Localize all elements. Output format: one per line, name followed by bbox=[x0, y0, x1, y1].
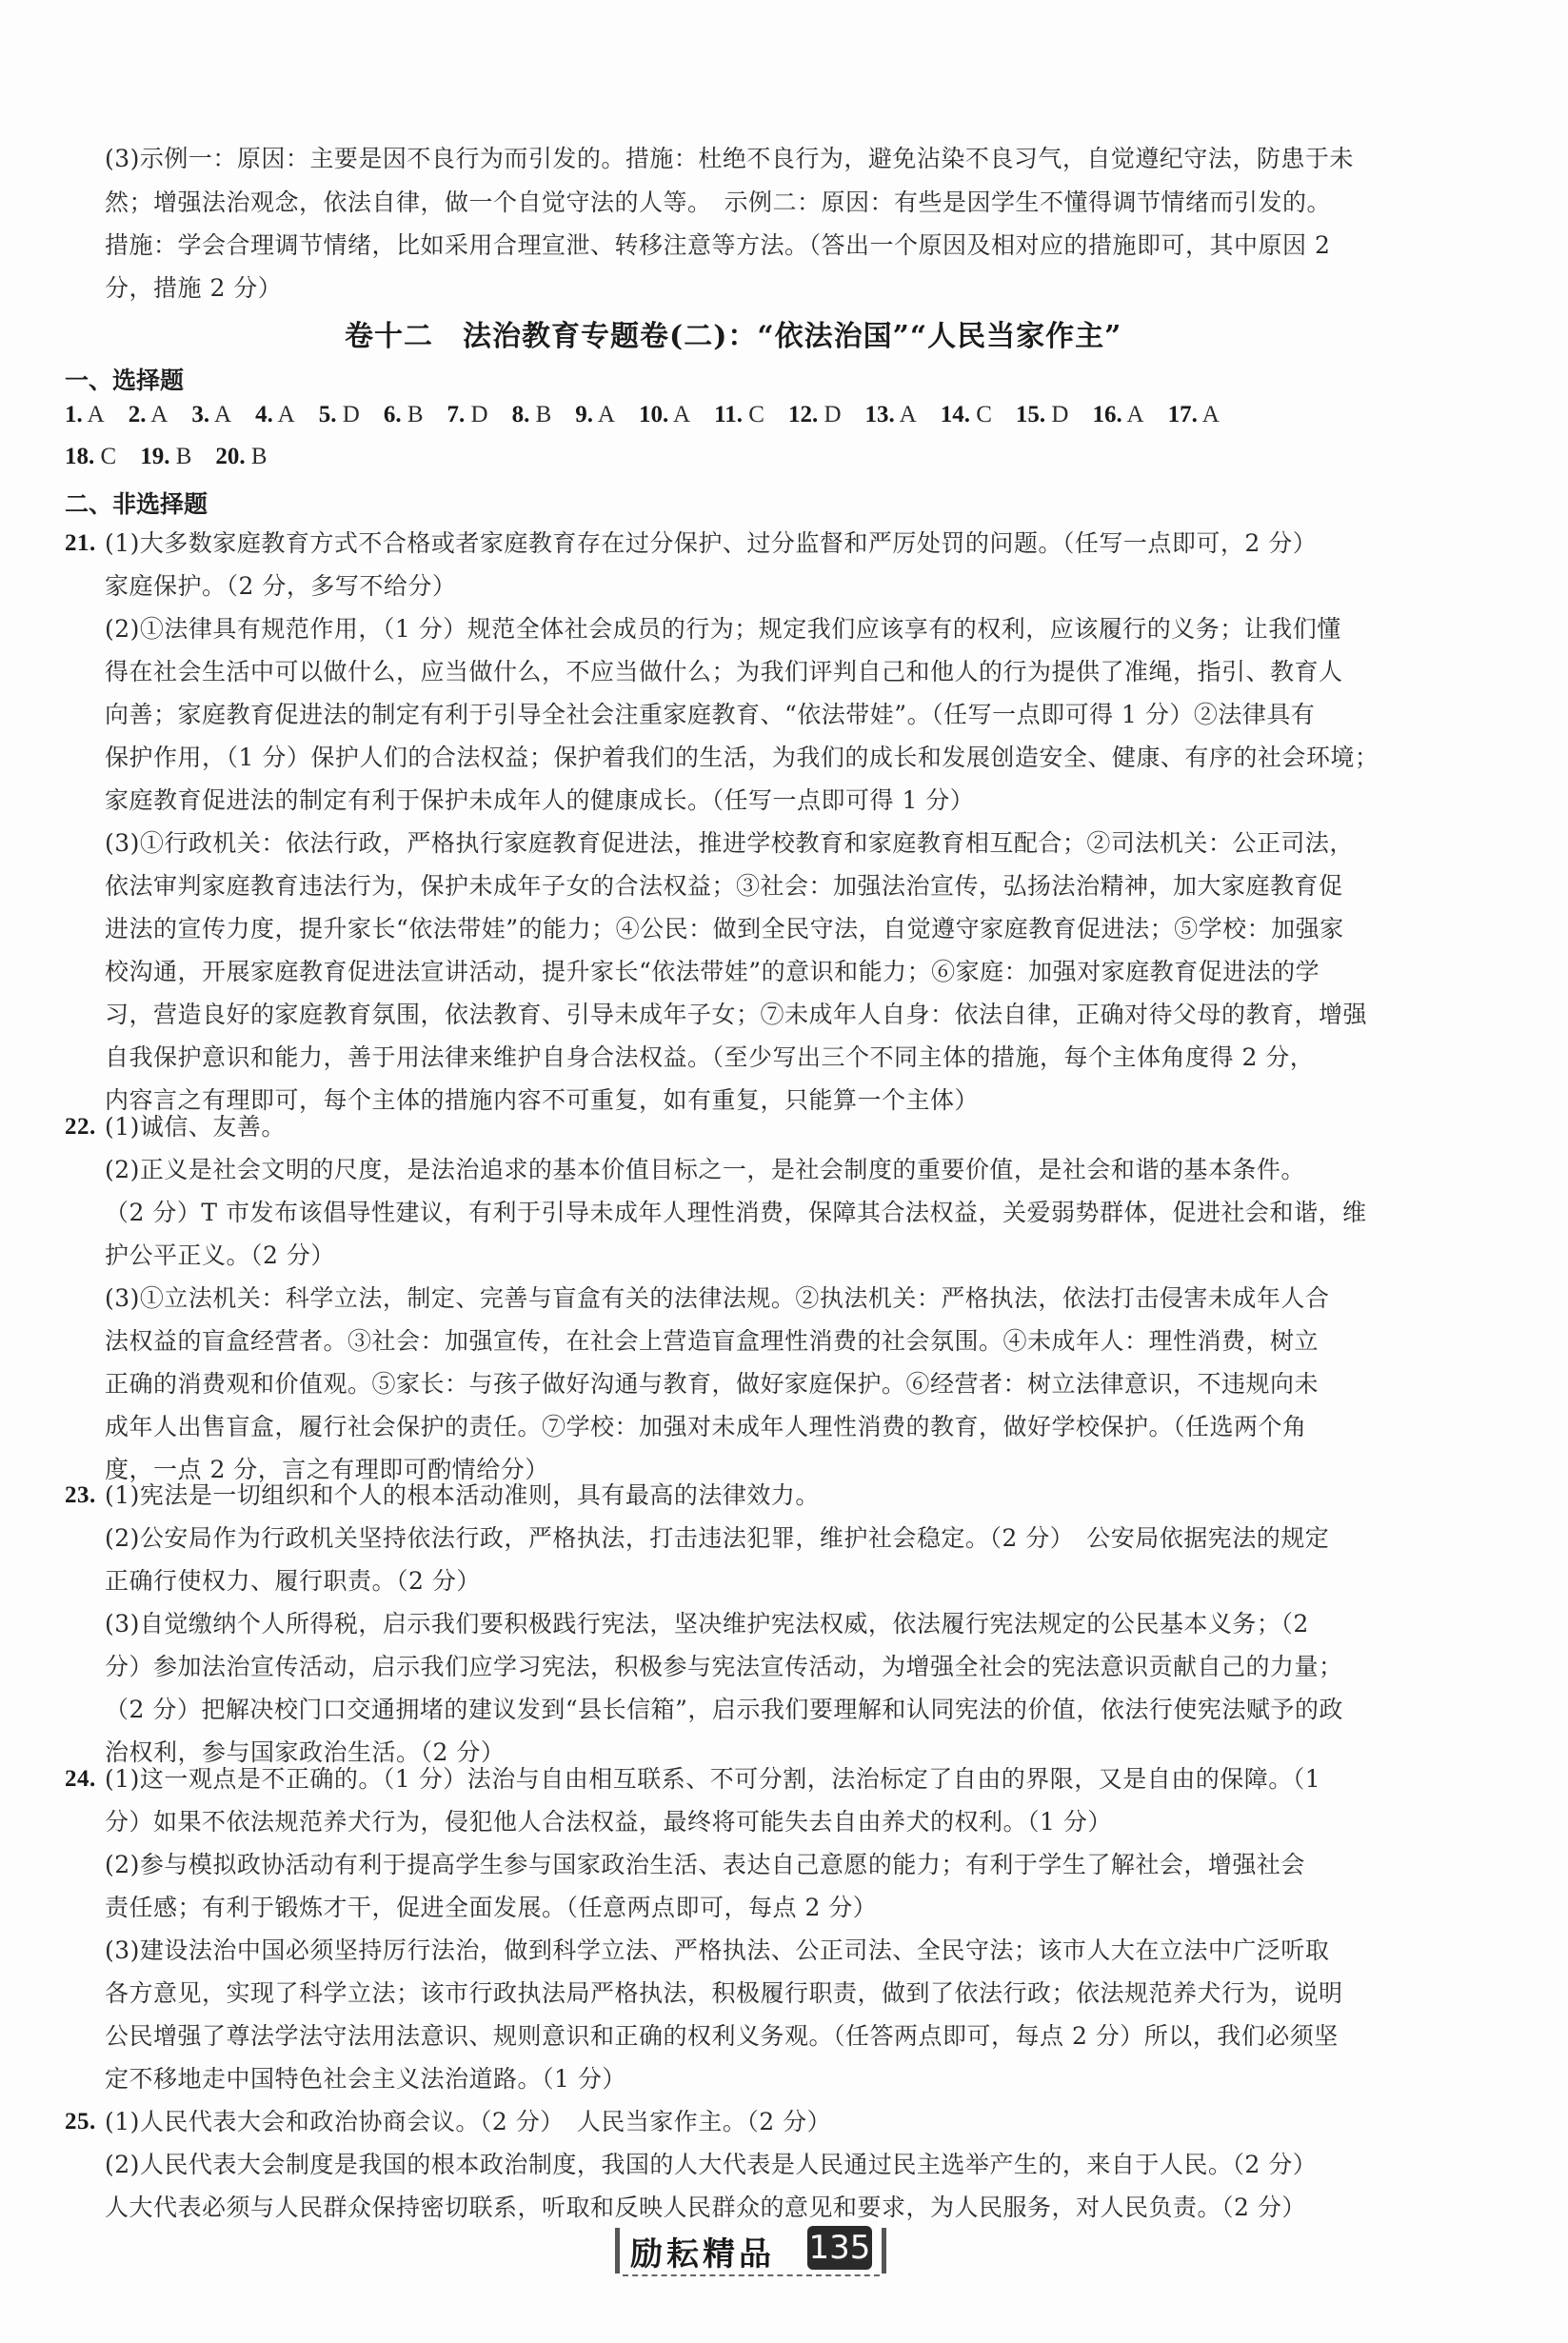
text-line: (3)①行政机关：依法行政，严格执行家庭教育促进法，推进学校教育和家庭教育相互配… bbox=[105, 829, 1354, 858]
text-line: (1)诚信、友善。 bbox=[105, 1113, 286, 1142]
choice-number: 5. bbox=[319, 402, 337, 427]
question-number: 24. bbox=[65, 1765, 96, 1794]
text-line: (3)①立法机关：科学立法，制定、完善与盲盒有关的法律法规。②执法机关：严格执法… bbox=[105, 1284, 1329, 1313]
choice-letter: C bbox=[970, 402, 992, 427]
choice-letter: A bbox=[273, 402, 295, 427]
choice-answer: 12. D bbox=[788, 402, 842, 428]
choice-letter: B bbox=[246, 444, 268, 469]
text-line: 自我保护意识和能力，善于用法律来维护自身合法权益。（至少写出三个不同主体的措施，… bbox=[105, 1043, 1314, 1072]
choice-letter: D bbox=[818, 402, 841, 427]
choice-answer: 14. C bbox=[941, 402, 992, 428]
text-line: 家庭教育促进法的制定有利于保护未成年人的健康成长。（任写一点即可得 1 分） bbox=[105, 786, 974, 815]
choice-letter: A bbox=[668, 402, 690, 427]
text-line: 保护作用，（1 分）保护人们的合法权益；保护着我们的生活，为我们的成长和发展创造… bbox=[105, 744, 1379, 772]
text-line: 治权利，参与国家政治生活。（2 分） bbox=[105, 1738, 505, 1767]
choice-number: 20. bbox=[215, 444, 245, 469]
choice-answer: 1. A bbox=[65, 402, 105, 428]
choice-answer: 11. C bbox=[714, 402, 764, 428]
text-line: 校沟通，开展家庭教育促进法宣讲活动，提升家长“依法带娃”的意识和能力；⑥家庭：加… bbox=[105, 958, 1320, 986]
choice-answer: 5. D bbox=[319, 402, 360, 428]
answer-key-page: (3)示例一：原因：主要是因不良行为而引发的。措施：杜绝不良行为，避免沾染不良习… bbox=[0, 0, 1568, 2343]
choice-answer: 20. B bbox=[215, 444, 267, 470]
text-line: 各方意见，实现了科学立法；该市行政执法局严格执法，积极履行职责，做到了依法行政；… bbox=[105, 1979, 1343, 2008]
text-line: 正确行使权力、履行职责。（2 分） bbox=[105, 1567, 481, 1596]
choice-number: 4. bbox=[255, 402, 273, 427]
text-line: 内容言之有理即可，每个主体的措施内容不可重复，如有重复，只能算一个主体） bbox=[105, 1086, 979, 1115]
choice-number: 16. bbox=[1092, 402, 1121, 427]
choice-number: 10. bbox=[639, 402, 668, 427]
text-line: (2)①法律具有规范作用，（1 分）规范全体社会成员的行为；规定我们应该享有的权… bbox=[105, 615, 1341, 644]
choice-answer: 19. B bbox=[140, 444, 191, 470]
choice-answer: 7. D bbox=[447, 402, 488, 428]
answers-row-1: 1. A2. A3. A4. A5. D6. B7. D8. B9. A10. … bbox=[65, 402, 1243, 428]
text-line: 责任感；有利于锻炼才干，促进全面发展。（任意两点即可，每点 2 分） bbox=[105, 1894, 877, 1922]
text-line: 向善；家庭教育促进法的制定有利于引导全社会注重家庭教育、“依法带娃”。（任写一点… bbox=[105, 701, 1315, 729]
text-line: 依法审判家庭教育违法行为，保护未成年子女的合法权益；③社会：加强法治宣传，弘扬法… bbox=[105, 872, 1343, 901]
choice-answer: 3. A bbox=[191, 402, 231, 428]
answers-row-2: 18. C19. B20. B bbox=[65, 444, 291, 470]
choice-number: 9. bbox=[575, 402, 593, 427]
text-line: (2)正义是社会文明的尺度，是法治追求的基本价值目标之一，是社会制度的重要价值，… bbox=[105, 1156, 1305, 1184]
text-line: 公民增强了尊法学法守法用法意识、规则意识和正确的权利义务观。（任答两点即可，每点… bbox=[105, 2022, 1339, 2051]
choice-number: 2. bbox=[129, 402, 147, 427]
choice-number: 3. bbox=[191, 402, 209, 427]
text-line: (3)建设法治中国必须坚持厉行法治，做到科学立法、严格执法、公正司法、全民守法；… bbox=[105, 1936, 1329, 1965]
text-line: 度，一点 2 分，言之有理即可酌情给分） bbox=[105, 1456, 549, 1484]
choice-number: 15. bbox=[1016, 402, 1045, 427]
footer-right-bar bbox=[882, 2228, 886, 2274]
choice-number: 11. bbox=[714, 402, 743, 427]
text-line: (1)宪法是一切组织和个人的根本活动准则，具有最高的法律效力。 bbox=[105, 1481, 820, 1510]
choice-answer: 4. A bbox=[255, 402, 295, 428]
choice-number: 14. bbox=[941, 402, 970, 427]
choice-number: 17. bbox=[1168, 402, 1198, 427]
choice-answer: 17. A bbox=[1168, 402, 1220, 428]
text-line: (3)示例一：原因：主要是因不良行为而引发的。措施：杜绝不良行为，避免沾染不良习… bbox=[105, 145, 1354, 173]
choice-answer: 8. B bbox=[512, 402, 552, 428]
text-line: (1)人民代表大会和政治协商会议。（2 分） 人民当家作主。（2 分） bbox=[105, 2108, 831, 2136]
text-line: (2)公安局作为行政机关坚持依法行政，严格执法，打击违法犯罪，维护社会稳定。（2… bbox=[105, 1524, 1329, 1553]
text-line: 正确的消费观和价值观。⑤家长：与孩子做好沟通与教育，做好家庭保护。⑥经营者：树立… bbox=[105, 1370, 1319, 1399]
text-line: （2 分）T 市发布该倡导性建议，有利于引导未成年人理性消费，保障其合法权益，关… bbox=[105, 1199, 1366, 1227]
choice-answer: 2. A bbox=[129, 402, 169, 428]
text-line: 分）参加法治宣传活动，启示我们应学习宪法，积极参与宪法宣传活动，为增强全社会的宪… bbox=[105, 1653, 1343, 1681]
choice-letter: D bbox=[1045, 402, 1068, 427]
text-line: (3)自觉缴纳个人所得税，启示我们要积极践行宪法，坚决维护宪法权威，依法履行宪法… bbox=[105, 1610, 1309, 1638]
choice-answer: 13. A bbox=[865, 402, 917, 428]
choice-letter: C bbox=[743, 402, 764, 427]
choice-number: 8. bbox=[512, 402, 530, 427]
choice-letter: A bbox=[1198, 402, 1220, 427]
choice-answer: 6. B bbox=[384, 402, 424, 428]
choice-number: 12. bbox=[788, 402, 818, 427]
choice-number: 7. bbox=[447, 402, 466, 427]
text-line: 措施：学会合理调节情绪，比如采用合理宣泄、转移注意等方法。（答出一个原因及相对应… bbox=[105, 231, 1330, 260]
footer-dashed-line bbox=[623, 2274, 880, 2276]
text-line: 进法的宣传力度，提升家长“依法带娃”的能力；④公民：做到全民守法，自觉遵守家庭教… bbox=[105, 915, 1344, 943]
choice-number: 1. bbox=[65, 402, 83, 427]
question-number: 25. bbox=[65, 2108, 96, 2136]
choice-number: 6. bbox=[384, 402, 402, 427]
choice-letter: A bbox=[1122, 402, 1144, 427]
text-line: 法权益的盲盒经营者。③社会：加强宣传，在社会上营造盲盒理性消费的社会氛围。④未成… bbox=[105, 1327, 1319, 1356]
text-line: (2)参与模拟政协活动有利于提高学生参与国家政治生活、表达自己意愿的能力；有利于… bbox=[105, 1851, 1305, 1879]
choice-answer: 18. C bbox=[65, 444, 116, 470]
footer-left-bar bbox=[615, 2228, 620, 2274]
section-heading-nonchoice: 二、非选择题 bbox=[65, 486, 208, 520]
choice-number: 19. bbox=[140, 444, 169, 469]
footer-brand: 励耘精品 bbox=[630, 2228, 775, 2274]
text-line: 成年人出售盲盒，履行社会保护的责任。⑦学校：加强对未成年人理性消费的教育，做好学… bbox=[105, 1413, 1307, 1441]
page-title: 卷十二 法治教育专题卷(二)：“依法治国”“人民当家作主” bbox=[345, 312, 1121, 354]
choice-answer: 9. A bbox=[575, 402, 615, 428]
choice-letter: B bbox=[169, 444, 191, 469]
text-line: 定不移地走中国特色社会主义法治道路。（1 分） bbox=[105, 2065, 626, 2094]
choice-letter: B bbox=[402, 402, 424, 427]
choice-answer: 15. D bbox=[1016, 402, 1069, 428]
choice-letter: A bbox=[83, 402, 105, 427]
text-line: （2 分）把解决校门口交通拥堵的建议发到“县长信箱”，启示我们要理解和认同宪法的… bbox=[105, 1696, 1343, 1724]
choice-number: 18. bbox=[65, 444, 94, 469]
choice-letter: C bbox=[94, 444, 116, 469]
text-line: 护公平正义。（2 分） bbox=[105, 1241, 335, 1270]
choice-letter: D bbox=[465, 402, 487, 427]
choice-letter: A bbox=[146, 402, 168, 427]
choice-number: 13. bbox=[865, 402, 895, 427]
choice-letter: B bbox=[529, 402, 551, 427]
text-line: (1)大多数家庭教育方式不合格或者家庭教育存在过分保护、过分监督和严厉处罚的问题… bbox=[105, 529, 1317, 558]
page-footer: 励耘精品 135 bbox=[615, 2222, 886, 2279]
question-number: 22. bbox=[65, 1113, 96, 1142]
text-line: 分）如果不依法规范养犬行为，侵犯他人合法权益，最终将可能失去自由养犬的权利。（1… bbox=[105, 1808, 1112, 1837]
choice-answer: 10. A bbox=[639, 402, 690, 428]
choice-letter: A bbox=[209, 402, 231, 427]
question-number: 23. bbox=[65, 1481, 96, 1510]
text-line: 得在社会生活中可以做什么，应当做什么，不应当做什么；为我们评判自己和他人的行为提… bbox=[105, 658, 1343, 686]
text-line: (1)这一观点是不正确的。（1 分）法治与自由相互联系、不可分割，法治标定了自由… bbox=[105, 1765, 1320, 1794]
text-line: 家庭保护。（2 分，多写不给分） bbox=[105, 572, 456, 601]
choice-letter: D bbox=[337, 402, 360, 427]
section-heading-choice: 一、选择题 bbox=[65, 362, 184, 396]
text-line: 分，措施 2 分） bbox=[105, 274, 282, 303]
choice-letter: A bbox=[895, 402, 917, 427]
text-line: (2)人民代表大会制度是我国的根本政治制度，我国的人大代表是人民通过民主选举产生… bbox=[105, 2151, 1317, 2179]
text-line: 习，营造良好的家庭教育氛围，依法教育、引导未成年子女；⑦未成年人自身：依法自律，… bbox=[105, 1001, 1367, 1029]
question-number: 21. bbox=[65, 529, 96, 558]
text-line: 然；增强法治观念，依法自律，做一个自觉守法的人等。 示例二：原因：有些是因学生不… bbox=[105, 189, 1331, 217]
text-line: 人大代表必须与人民群众保持密切联系，听取和反映人民群众的意见和要求，为人民服务，… bbox=[105, 2194, 1306, 2222]
choice-letter: A bbox=[593, 402, 615, 427]
choice-answer: 16. A bbox=[1092, 402, 1143, 428]
page-number-badge: 135 bbox=[807, 2226, 872, 2270]
